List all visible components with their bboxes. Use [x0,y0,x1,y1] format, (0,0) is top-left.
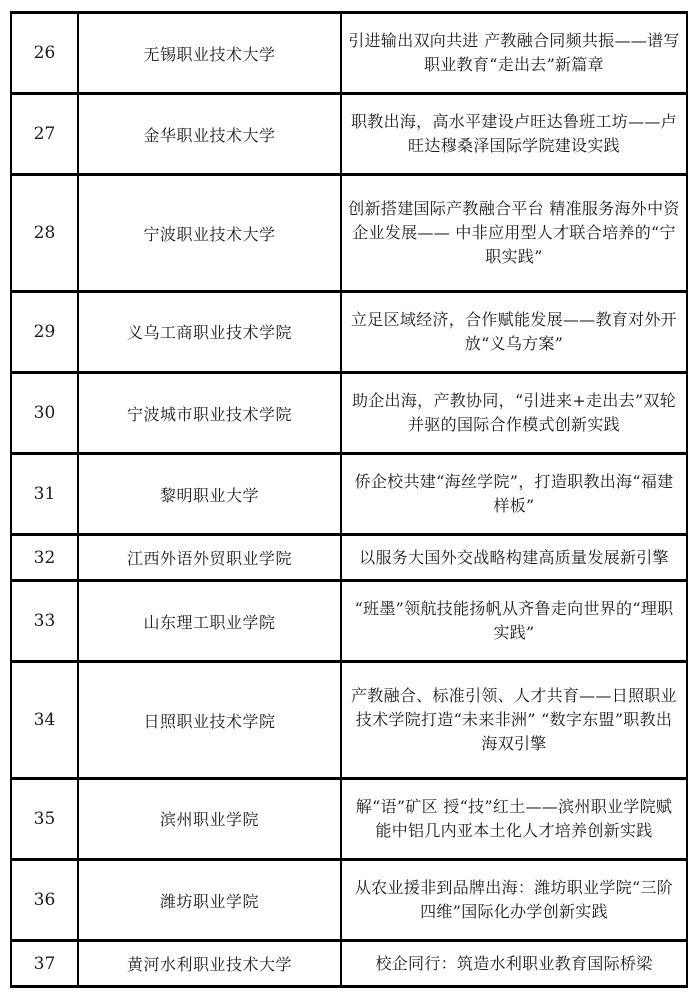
row-desc: 校企同行：筑造水利职业教育国际桥梁 [341,941,687,987]
row-desc: 侨企校共建“海丝学院”，打造职教出海“福建样板” [341,454,687,535]
row-desc: 助企出海，产教协同，“引进来+走出去”双轮并驱的国际合作模式创新实践 [341,373,687,454]
row-desc: 从农业援非到品牌出海：潍坊职业学院“三阶四维”国际化办学创新实践 [341,859,687,940]
row-number: 34 [11,662,78,779]
row-school: 黎明职业大学 [78,454,341,535]
table-body: 26 无锡职业技术大学 引进输出双向共进 产教融合同频共振——谱写职业教育“走出… [11,13,687,987]
row-number: 26 [11,13,78,94]
row-school: 日照职业技术学院 [78,662,341,779]
row-desc: 引进输出双向共进 产教融合同频共振——谱写职业教育“走出去”新篇章 [341,13,687,94]
row-number: 35 [11,778,78,859]
row-school: 义乌工商职业技术学院 [78,291,341,372]
table-row: 30 宁波城市职业技术学院 助企出海，产教协同，“引进来+走出去”双轮并驱的国际… [11,373,687,454]
row-school: 宁波职业技术大学 [78,175,341,292]
row-number: 33 [11,581,78,662]
institutions-table: 26 无锡职业技术大学 引进输出双向共进 产教融合同频共振——谱写职业教育“走出… [10,11,688,988]
row-number: 31 [11,454,78,535]
table-row: 27 金华职业技术大学 职教出海，高水平建设卢旺达鲁班工坊——卢旺达穆桑泽国际学… [11,94,687,175]
table-row: 33 山东理工职业学院 “班墨”领航技能扬帆从齐鲁走向世界的“理职实践” [11,581,687,662]
row-school: 潍坊职业学院 [78,859,341,940]
row-school: 江西外语外贸职业学院 [78,535,341,581]
row-desc: 立足区域经济，合作赋能发展——教育对外开放“义乌方案” [341,291,687,372]
document-page: 26 无锡职业技术大学 引进输出双向共进 产教融合同频共振——谱写职业教育“走出… [0,0,700,998]
row-school: 宁波城市职业技术学院 [78,373,341,454]
row-school: 山东理工职业学院 [78,581,341,662]
row-desc: 创新搭建国际产教融合平台 精准服务海外中资企业发展—— 中非应用型人才联合培养的… [341,175,687,292]
row-desc: 以服务大国外交战略构建高质量发展新引擎 [341,535,687,581]
row-number: 36 [11,859,78,940]
table-row: 34 日照职业技术学院 产教融合、标准引领、人才共育——日照职业技术学院打造“未… [11,662,687,779]
table-row: 31 黎明职业大学 侨企校共建“海丝学院”，打造职教出海“福建样板” [11,454,687,535]
row-desc: 职教出海，高水平建设卢旺达鲁班工坊——卢旺达穆桑泽国际学院建设实践 [341,94,687,175]
row-number: 30 [11,373,78,454]
table-row: 36 潍坊职业学院 从农业援非到品牌出海：潍坊职业学院“三阶四维”国际化办学创新… [11,859,687,940]
row-number: 37 [11,941,78,987]
row-school: 金华职业技术大学 [78,94,341,175]
row-number: 32 [11,535,78,581]
table-row: 29 义乌工商职业技术学院 立足区域经济，合作赋能发展——教育对外开放“义乌方案… [11,291,687,372]
row-school: 黄河水利职业技术大学 [78,941,341,987]
table-row: 35 滨州职业学院 解“语”矿区 授“技”红土——滨州职业学院赋能中铝几内亚本土… [11,778,687,859]
row-desc: 产教融合、标准引领、人才共育——日照职业技术学院打造“未来非洲” “数字东盟”职… [341,662,687,779]
row-school: 无锡职业技术大学 [78,13,341,94]
row-desc: “班墨”领航技能扬帆从齐鲁走向世界的“理职实践” [341,581,687,662]
row-number: 29 [11,291,78,372]
row-desc: 解“语”矿区 授“技”红土——滨州职业学院赋能中铝几内亚本土化人才培养创新实践 [341,778,687,859]
table-row: 32 江西外语外贸职业学院 以服务大国外交战略构建高质量发展新引擎 [11,535,687,581]
table-row: 37 黄河水利职业技术大学 校企同行：筑造水利职业教育国际桥梁 [11,941,687,987]
row-number: 28 [11,175,78,292]
table-row: 26 无锡职业技术大学 引进输出双向共进 产教融合同频共振——谱写职业教育“走出… [11,13,687,94]
table-row: 28 宁波职业技术大学 创新搭建国际产教融合平台 精准服务海外中资企业发展—— … [11,175,687,292]
row-number: 27 [11,94,78,175]
row-school: 滨州职业学院 [78,778,341,859]
